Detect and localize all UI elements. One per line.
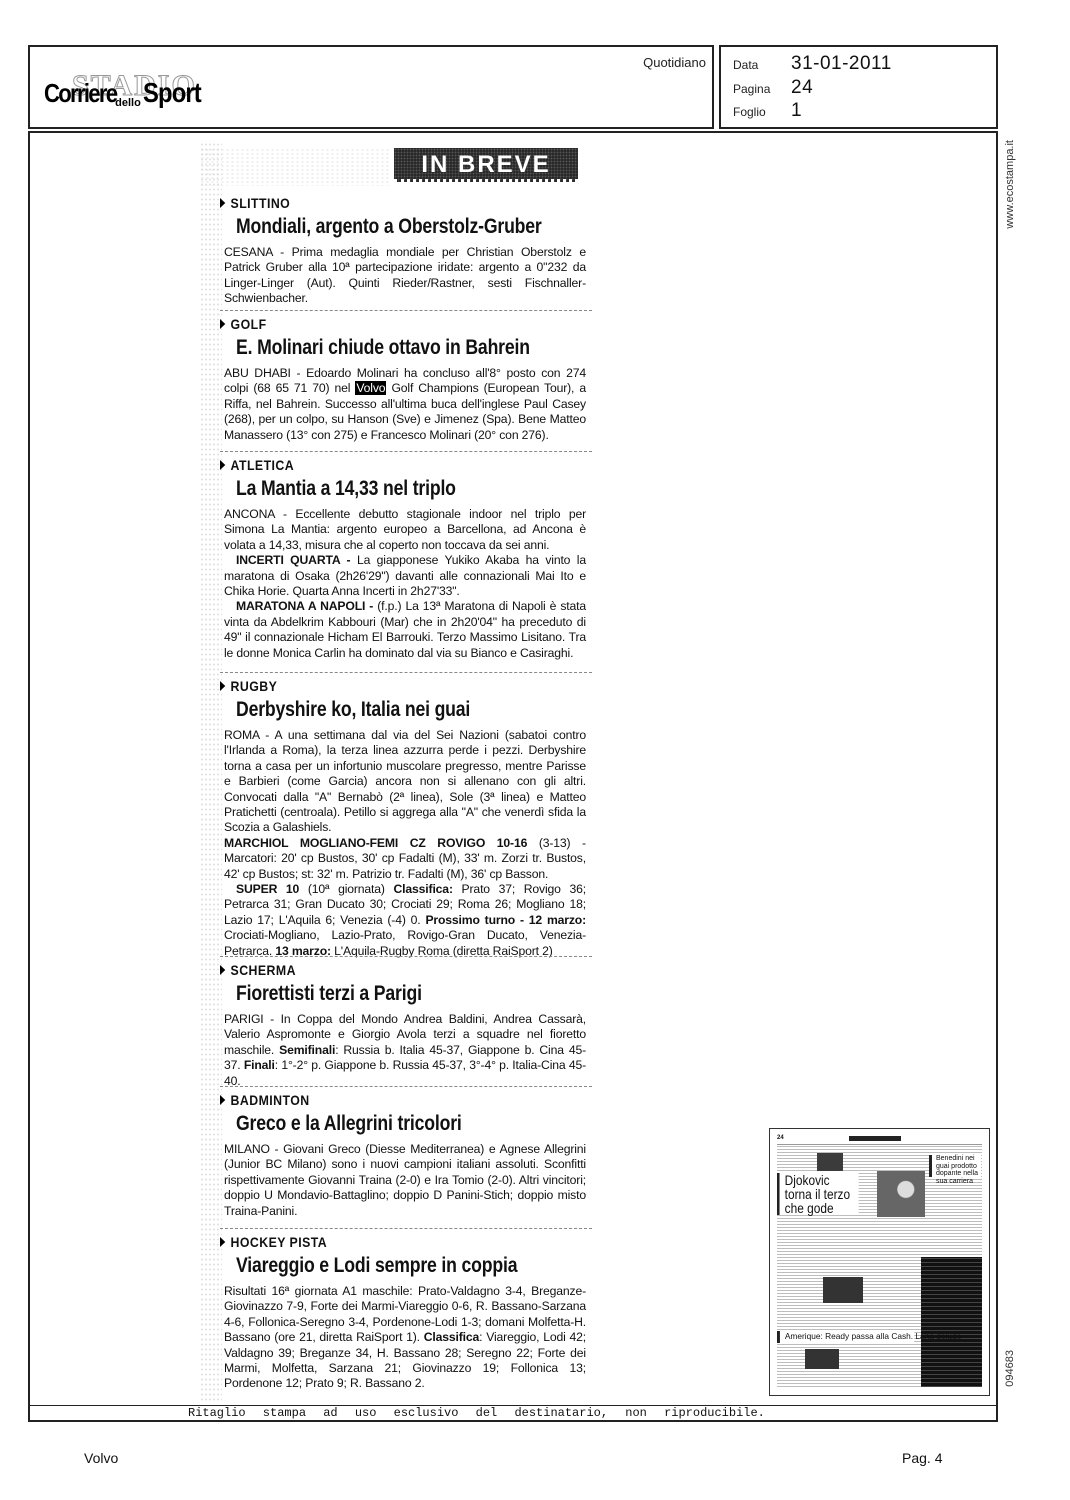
thumbnail-headline-bottom: Amerique: Ready passa alla Cash. Lana de…	[777, 1331, 914, 1343]
bold-text: Classifica:	[394, 882, 453, 896]
section-body: ROMA - A una settimana dal via del Sei N…	[224, 728, 586, 959]
publication-logo: STADIO Corriere dello Sport	[44, 69, 211, 109]
section-rugby: RUGBY Derbyshire ko, Italia nei guai ROM…	[220, 672, 592, 959]
scan-noise	[200, 142, 222, 1402]
triangle-bullet-icon	[220, 460, 225, 470]
section-headline: Fiorettisti terzi a Parigi	[236, 982, 535, 1006]
meta-sheet-value: 1	[791, 100, 802, 122]
body-text: (10ª giornata)	[308, 882, 385, 896]
highlighted-keyword: Volvo	[355, 381, 386, 395]
run-in-head: MARCHIOL MOGLIANO-FEMI CZ ROVIGO 10-16	[224, 836, 527, 850]
section-kicker: SLITTINO	[220, 194, 547, 212]
thumbnail-topbar: 24	[777, 1135, 982, 1145]
section-headline: Mondiali, argento a Oberstolz-Gruber	[236, 215, 535, 239]
body-paragraph: MILANO - Giovani Greco (Diesse Mediterra…	[224, 1142, 586, 1219]
thumbnail-photo	[817, 1153, 843, 1171]
kicker-text: RUGBY	[231, 678, 278, 694]
section-body: PARIGI - In Coppa del Mondo Andrea Baldi…	[224, 1012, 586, 1089]
section-body: Risultati 16ª giornata A1 maschile: Prat…	[224, 1284, 586, 1392]
thumbnail-photo-bottom	[805, 1349, 839, 1369]
section-body: MILANO - Giovani Greco (Diesse Mediterra…	[224, 1142, 586, 1219]
thumbnail-photo-main	[877, 1171, 925, 1217]
section-divider	[220, 672, 592, 673]
thumbnail-in-breve-column	[921, 1257, 982, 1387]
logo-dello: dello	[115, 97, 141, 109]
page-number: Pag. 4	[902, 1450, 942, 1466]
section-headline: Viareggio e Lodi sempre in coppia	[236, 1254, 535, 1278]
kicker-text: HOCKEY PISTA	[231, 1234, 328, 1250]
section-headline: Greco e la Allegrini tricolori	[236, 1112, 535, 1136]
triangle-bullet-icon	[220, 681, 225, 691]
meta-date-row: Data 31-01-2011	[733, 53, 892, 75]
thumbnail-section-tag	[849, 1136, 901, 1141]
section-body: CESANA - Prima medaglia mondiale per Chr…	[224, 245, 586, 307]
kicker-text: ATLETICA	[231, 457, 295, 473]
body-paragraph: CESANA - Prima medaglia mondiale per Chr…	[224, 245, 586, 307]
thumbnail-headline-side: Benedini nei guai prodotto dopante nella…	[929, 1155, 981, 1177]
header-publication-box: STADIO Corriere dello Sport Quotidiano	[28, 45, 714, 129]
body-paragraph: ABU DHABI - Edoardo Molinari ha concluso…	[224, 366, 586, 443]
logo-corriere: Corriere	[44, 78, 116, 109]
section-headline: La Mantia a 14,33 nel triplo	[236, 477, 535, 501]
triangle-bullet-icon	[220, 1237, 225, 1247]
article-clipping: IN BREVE SLITTINO Mondiali, argento a Ob…	[200, 142, 592, 1402]
kicker-text: GOLF	[231, 316, 267, 332]
page-thumbnail: 24 Djokovic torna il terzo che gode Bene…	[769, 1128, 990, 1396]
section-divider	[220, 956, 592, 957]
bold-text: Classifica	[424, 1330, 479, 1344]
thumbnail-page-number: 24	[777, 1135, 784, 1141]
meta-sheet-label: Foglio	[733, 105, 791, 119]
section-body: ABU DHABI - Edoardo Molinari ha concluso…	[224, 366, 586, 443]
section-kicker: SCHERMA	[220, 961, 547, 979]
section-kicker: BADMINTON	[220, 1091, 547, 1109]
scan-noise-top	[200, 148, 390, 186]
triangle-bullet-icon	[220, 965, 225, 975]
client-name: Volvo	[84, 1450, 118, 1466]
in-breve-banner: IN BREVE	[394, 148, 578, 182]
section-slittino: SLITTINO Mondiali, argento a Oberstolz-G…	[220, 194, 592, 307]
body-paragraph: Risultati 16ª giornata A1 maschile: Prat…	[224, 1284, 586, 1392]
section-divider	[220, 1086, 592, 1087]
disclaimer-text: Ritaglio stampa ad uso esclusivo del des…	[188, 1406, 765, 1420]
section-golf: GOLF E. Molinari chiude ottavo in Bahrei…	[220, 310, 592, 443]
body-paragraph: MARCHIOL MOGLIANO-FEMI CZ ROVIGO 10-16 (…	[224, 836, 586, 882]
kicker-text: SCHERMA	[231, 962, 296, 978]
section-atletica: ATLETICA La Mantia a 14,33 nel triplo AN…	[220, 451, 592, 661]
section-body: ANCONA - Eccellente debutto stagionale i…	[224, 507, 586, 661]
thumbnail-headline-main: Djokovic torna il terzo che gode	[777, 1173, 859, 1215]
section-divider	[220, 1228, 592, 1229]
meta-page-row: Pagina 24	[733, 77, 813, 99]
triangle-bullet-icon	[220, 319, 225, 329]
side-code-text: 094683	[1004, 1350, 1016, 1387]
thumbnail-page: 24 Djokovic torna il terzo che gode Bene…	[777, 1135, 982, 1387]
thumbnail-photo-mid	[823, 1277, 863, 1303]
triangle-bullet-icon	[220, 198, 225, 208]
header-meta-box: Data 31-01-2011 Pagina 24 Foglio 1	[719, 45, 998, 129]
run-in-head: INCERTI QUARTA -	[236, 553, 350, 567]
meta-page-label: Pagina	[733, 82, 791, 96]
publication-type: Quotidiano	[643, 55, 706, 70]
section-badminton: BADMINTON Greco e la Allegrini tricolori…	[220, 1086, 592, 1219]
logo-sport: Sport	[143, 77, 201, 109]
body-paragraph: INCERTI QUARTA - La giapponese Yukiko Ak…	[224, 553, 586, 599]
bold-text: Semifinali	[279, 1043, 335, 1057]
section-kicker: HOCKEY PISTA	[220, 1233, 547, 1251]
section-divider	[220, 451, 592, 452]
section-divider	[220, 310, 592, 311]
section-hockey-pista: HOCKEY PISTA Viareggio e Lodi sempre in …	[220, 1228, 592, 1392]
side-code: 094683	[1004, 1350, 1020, 1410]
body-paragraph: MARATONA A NAPOLI - (f.p.) La 13ª Marato…	[224, 599, 586, 661]
section-scherma: SCHERMA Fiorettisti terzi a Parigi PARIG…	[220, 956, 592, 1089]
body-paragraph: PARIGI - In Coppa del Mondo Andrea Baldi…	[224, 1012, 586, 1089]
side-url-text: www.ecostampa.it	[1004, 140, 1016, 229]
run-in-head: SUPER 10	[236, 882, 299, 896]
section-headline: E. Molinari chiude ottavo in Bahrein	[236, 336, 535, 360]
section-kicker: GOLF	[220, 315, 547, 333]
kicker-text: SLITTINO	[231, 195, 291, 211]
body-paragraph: ANCONA - Eccellente debutto stagionale i…	[224, 507, 586, 553]
meta-page-value: 24	[791, 77, 813, 99]
body-paragraph: ROMA - A una settimana dal via del Sei N…	[224, 728, 586, 836]
run-in-head: MARATONA A NAPOLI -	[236, 599, 373, 613]
bold-text: Finali	[244, 1058, 275, 1072]
meta-date-value: 31-01-2011	[791, 53, 892, 75]
triangle-bullet-icon	[220, 1095, 225, 1105]
section-kicker: ATLETICA	[220, 456, 547, 474]
section-kicker: RUGBY	[220, 677, 547, 695]
kicker-text: BADMINTON	[231, 1092, 310, 1108]
meta-sheet-row: Foglio 1	[733, 100, 802, 122]
body-paragraph: SUPER 10 (10ª giornata) Classifica: Prat…	[224, 882, 586, 959]
meta-date-label: Data	[733, 58, 791, 72]
body-text: : 1°-2° p. Giappone b. Russia 45-37, 3°-…	[224, 1058, 586, 1087]
section-headline: Derbyshire ko, Italia nei guai	[236, 698, 535, 722]
side-url: www.ecostampa.it	[1004, 140, 1020, 260]
bold-text: Prossimo turno - 12 marzo:	[425, 913, 586, 927]
